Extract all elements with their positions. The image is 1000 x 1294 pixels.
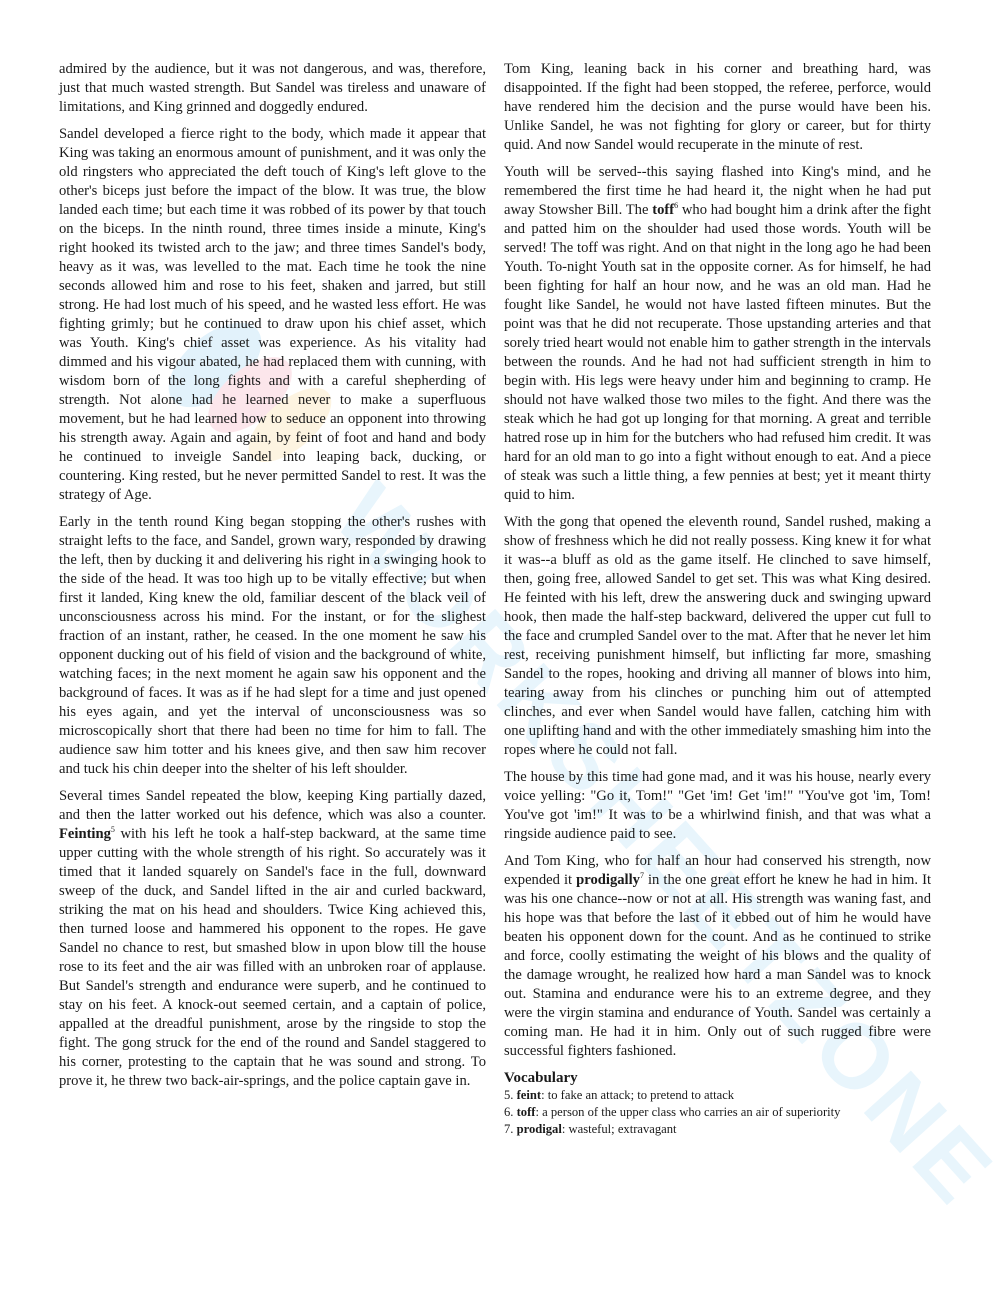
- vocab-definition: : to fake an attack; to pretend to attac…: [541, 1088, 734, 1102]
- paragraph: Sandel developed a fierce right to the b…: [59, 125, 486, 505]
- paragraph: And Tom King, who for half an hour had c…: [504, 852, 931, 1061]
- vocab-definition: : wasteful; extravagant: [562, 1122, 677, 1136]
- paragraph: Several times Sandel repeated the blow, …: [59, 787, 486, 1091]
- document-page: admired by the audience, but it was not …: [59, 60, 932, 1240]
- vocab-term-feinting: Feinting: [59, 826, 111, 842]
- vocab-term: feint: [517, 1088, 541, 1102]
- vocabulary-item: 6. toff: a person of the upper class who…: [504, 1104, 931, 1121]
- text-run: who had bought him a drink after the fig…: [504, 202, 931, 503]
- vocab-number: 7.: [504, 1122, 517, 1136]
- vocabulary-item: 5. feint: to fake an attack; to pretend …: [504, 1087, 931, 1104]
- left-column: admired by the audience, but it was not …: [59, 60, 486, 1240]
- vocab-term: toff: [517, 1105, 536, 1119]
- text-run: with his left he took a half-step backwa…: [59, 826, 486, 1089]
- right-column: Tom King, leaning back in his corner and…: [504, 60, 931, 1240]
- vocabulary-item: 7. prodigal: wasteful; extravagant: [504, 1121, 931, 1138]
- vocab-definition: : a person of the upper class who carrie…: [535, 1105, 840, 1119]
- vocabulary-heading: Vocabulary: [504, 1069, 931, 1087]
- paragraph: Early in the tenth round King began stop…: [59, 513, 486, 779]
- vocabulary-section: Vocabulary 5. feint: to fake an attack; …: [504, 1069, 931, 1138]
- paragraph: With the gong that opened the eleventh r…: [504, 513, 931, 760]
- vocab-term-toff: toff: [652, 202, 674, 218]
- paragraph: Tom King, leaning back in his corner and…: [504, 60, 931, 155]
- vocab-term: prodigal: [517, 1122, 562, 1136]
- paragraph: The house by this time had gone mad, and…: [504, 768, 931, 844]
- vocab-number: 6.: [504, 1105, 517, 1119]
- text-run: Several times Sandel repeated the blow, …: [59, 788, 486, 823]
- vocab-number: 5.: [504, 1088, 517, 1102]
- paragraph: admired by the audience, but it was not …: [59, 60, 486, 117]
- paragraph: Youth will be served--this saying flashe…: [504, 163, 931, 505]
- vocab-term-prodigally: prodigally: [576, 872, 640, 888]
- text-run: in the one great effort he knew he had i…: [504, 872, 931, 1059]
